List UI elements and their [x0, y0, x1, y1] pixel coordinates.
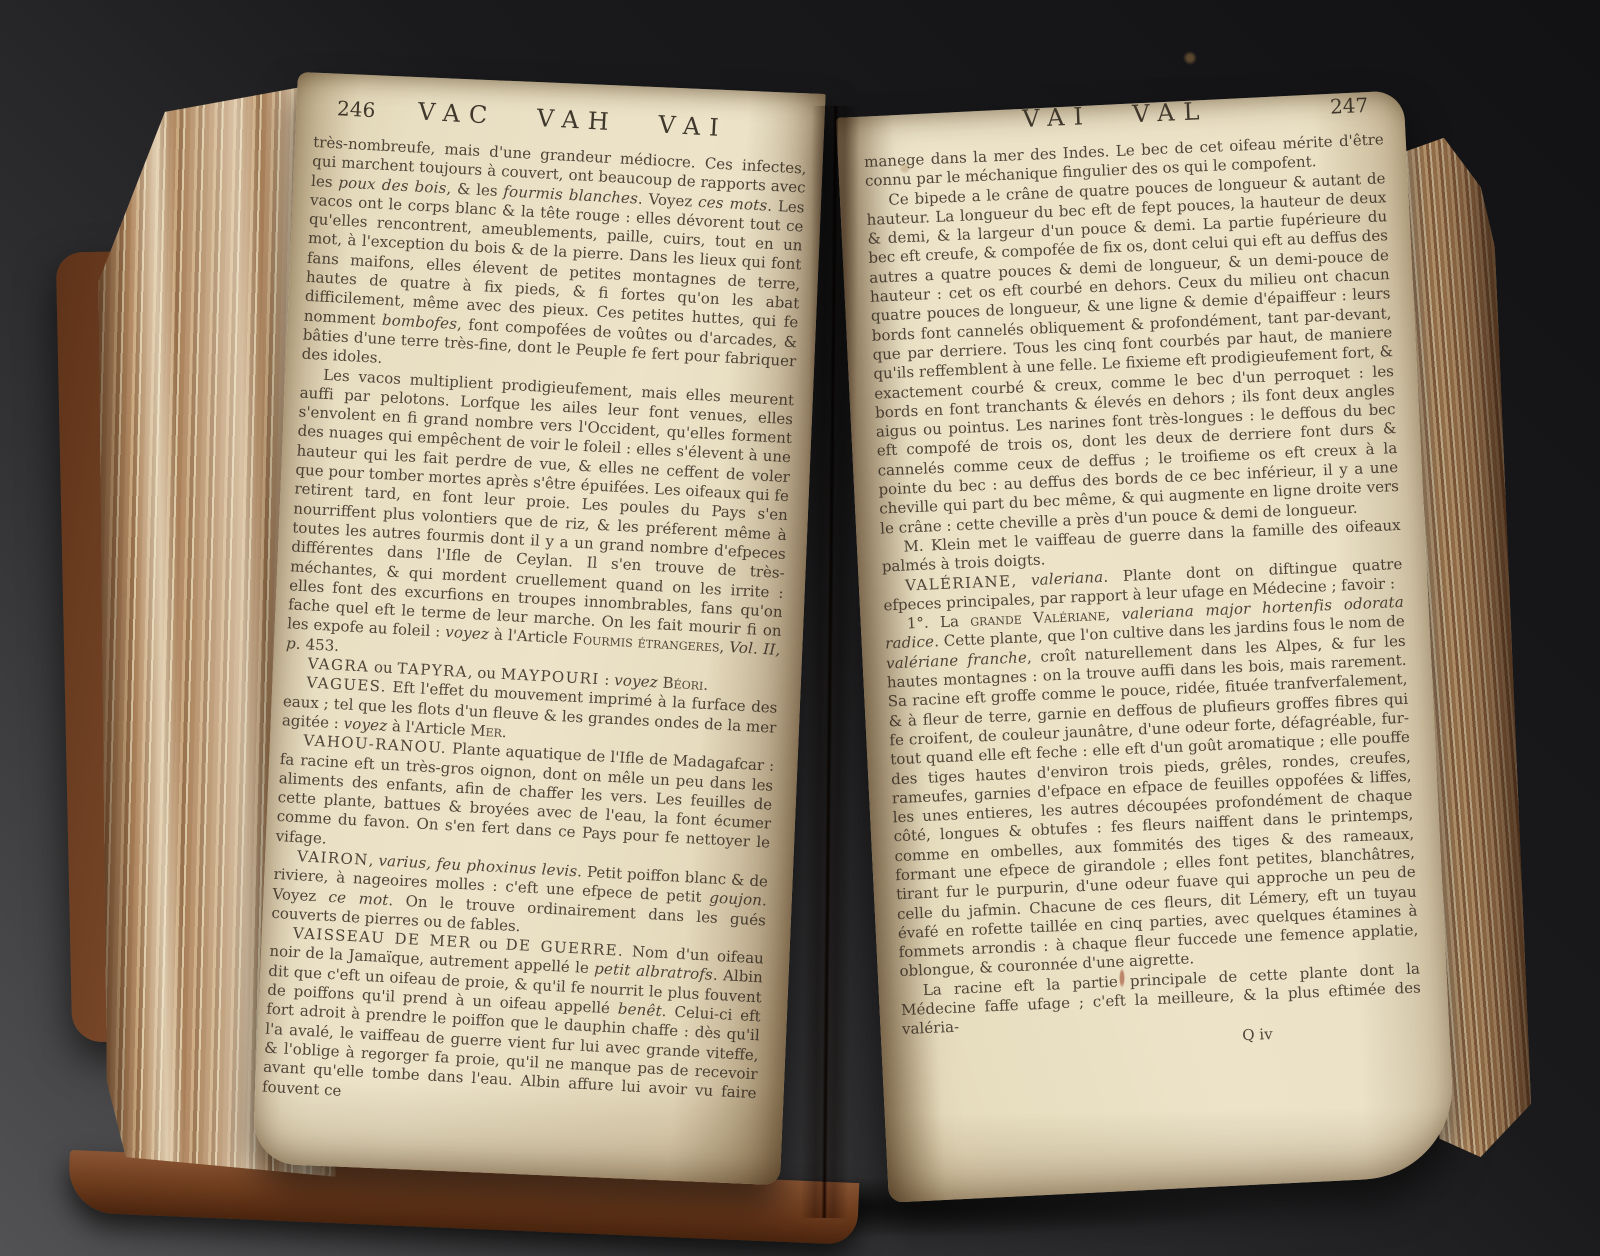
header-spacer: [736, 137, 808, 141]
header-spacer: [863, 131, 935, 134]
left-page-number: 246: [315, 95, 410, 124]
left-page-content: 246 VAC VAH VAI très-nombreufe, mais d'u…: [262, 92, 810, 1123]
right-page-content: VAI VAL 247 manege dans la mer des Indes…: [862, 89, 1423, 1058]
right-page-number: 247: [1296, 92, 1383, 120]
right-running-title: VAI VAL: [934, 93, 1297, 137]
paragraph: Les vacos multiplient prodigieufement, m…: [286, 364, 795, 680]
photo-background: 246 VAC VAH VAI très-nombreufe, mais d'u…: [0, 0, 1600, 1256]
paragraph: VAISSEAU DE MER ou DE GUERRE. Nom d'un o…: [262, 923, 765, 1123]
paragraph: très-nombreufe, mais d'une grandeur médi…: [301, 133, 807, 391]
paragraph: 1°. La grande Valériane, valeriana major…: [884, 593, 1419, 982]
right-page-header: VAI VAL 247: [862, 89, 1383, 140]
spine-gutter: [800, 106, 860, 1218]
right-page-text: manege dans la mer des Indes. Le bec de …: [864, 130, 1422, 1039]
left-page-text: très-nombreufe, mais d'une grandeur médi…: [262, 133, 807, 1123]
paragraph: Ce bipede a le crâne de quatre pouces de…: [865, 169, 1400, 539]
